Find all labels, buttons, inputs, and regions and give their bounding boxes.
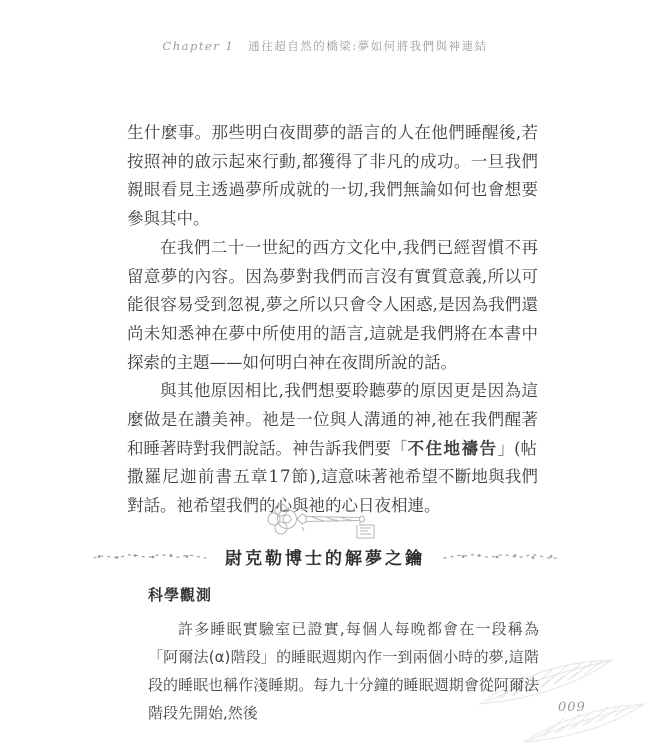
paragraph-2: 在我們二十一世紀的西方文化中,我們已經習慣不再留意夢的內容。因為夢對我們而言沒有… bbox=[127, 234, 538, 378]
paragraph-3-text: 」( bbox=[498, 439, 521, 458]
section-heading-row: 尉克勒博士的解夢之鑰 bbox=[0, 544, 650, 569]
section-heading: 尉克勒博士的解夢之鑰 bbox=[225, 544, 425, 569]
page-number: 009 bbox=[558, 700, 586, 715]
paragraph-1: 生什麼事。那些明白夜間夢的語言的人在他們睡醒後,若按照神的啟示起來行動,都獲得了… bbox=[127, 119, 538, 234]
flourish-left-icon bbox=[91, 550, 209, 564]
science-paragraph: 許多睡眠實驗室已證實,每個人每晚都會在一段稱為「阿爾法(α)階段」的睡眠週期內作… bbox=[148, 615, 539, 727]
running-header: Chapter 1通往超自然的橋梁:夢如何將我們與神連結 bbox=[0, 38, 650, 54]
scripture-quote: 不住地禱告 bbox=[408, 439, 498, 458]
body-text: 生什麼事。那些明白夜間夢的語言的人在他們睡醒後,若按照神的啟示起來行動,都獲得了… bbox=[127, 119, 538, 521]
science-observation-block: 科學觀測 許多睡眠實驗室已證實,每個人每晚都會在一段稱為「阿爾法(α)階段」的睡… bbox=[148, 584, 539, 727]
skeleton-key-icon bbox=[264, 498, 386, 540]
book-page: Chapter 1通往超自然的橋梁:夢如何將我們與神連結 生什麼事。那些明白夜間… bbox=[0, 0, 650, 750]
flourish-right-icon bbox=[441, 550, 559, 564]
science-subheading: 科學觀測 bbox=[148, 584, 539, 605]
chapter-label: Chapter 1 bbox=[162, 39, 234, 53]
chapter-title: 通往超自然的橋梁:夢如何將我們與神連結 bbox=[248, 39, 487, 53]
key-ornament bbox=[0, 498, 650, 540]
